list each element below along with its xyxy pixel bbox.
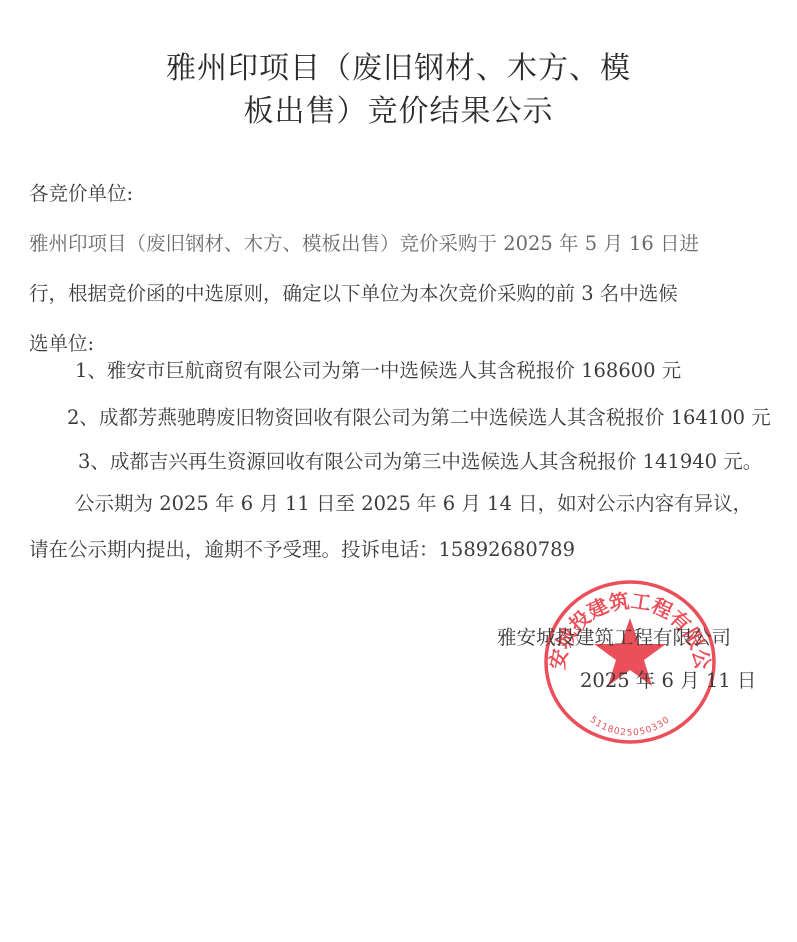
stamp-code: 5118025050330 <box>588 715 673 738</box>
result-item-2: 2、成都芳燕驰聘废旧物资回收有限公司为第二中选候选人其含税报价 164100 元 <box>67 402 771 430</box>
intro-paragraph-line-3: 选单位: <box>29 328 94 356</box>
svg-text:5118025050330: 5118025050330 <box>588 715 673 738</box>
intro-paragraph-line-2: 行，根据竞价函的中选原则，确定以下单位为本次竞价采购的前 3 名中选候 <box>29 278 678 306</box>
notice-paragraph-line-2: 请在公示期内提出，逾期不予受理。投诉电话：15892680789 <box>29 534 575 562</box>
result-item-3: 3、成都吉兴再生资源回收有限公司为第三中选候选人其含税报价 141940 元。 <box>78 446 762 474</box>
notice-paragraph-line-1: 公示期为 2025 年 6 月 11 日至 2025 年 6 月 14 日，如对… <box>75 488 752 516</box>
document-title-line-2: 板出售）竞价结果公示 <box>0 86 797 130</box>
company-seal-stamp: 雅安城投建筑工程有限公司 5118025050330 <box>542 578 718 746</box>
document-title-line-1: 雅州印项目（废旧钢材、木方、模 <box>0 43 797 87</box>
intro-paragraph-line-1: 雅州印项目（废旧钢材、木方、模板出售）竞价采购于 2025 年 5 月 16 日… <box>29 228 699 256</box>
salutation: 各竞价单位: <box>29 178 133 206</box>
signature-date: 2025 年 6 月 11 日 <box>580 665 756 693</box>
result-item-1: 1、雅安市巨航商贸有限公司为第一中选候选人其含税报价 168600 元 <box>75 355 681 383</box>
signature-company: 雅安城投建筑工程有限公司 <box>497 622 731 650</box>
